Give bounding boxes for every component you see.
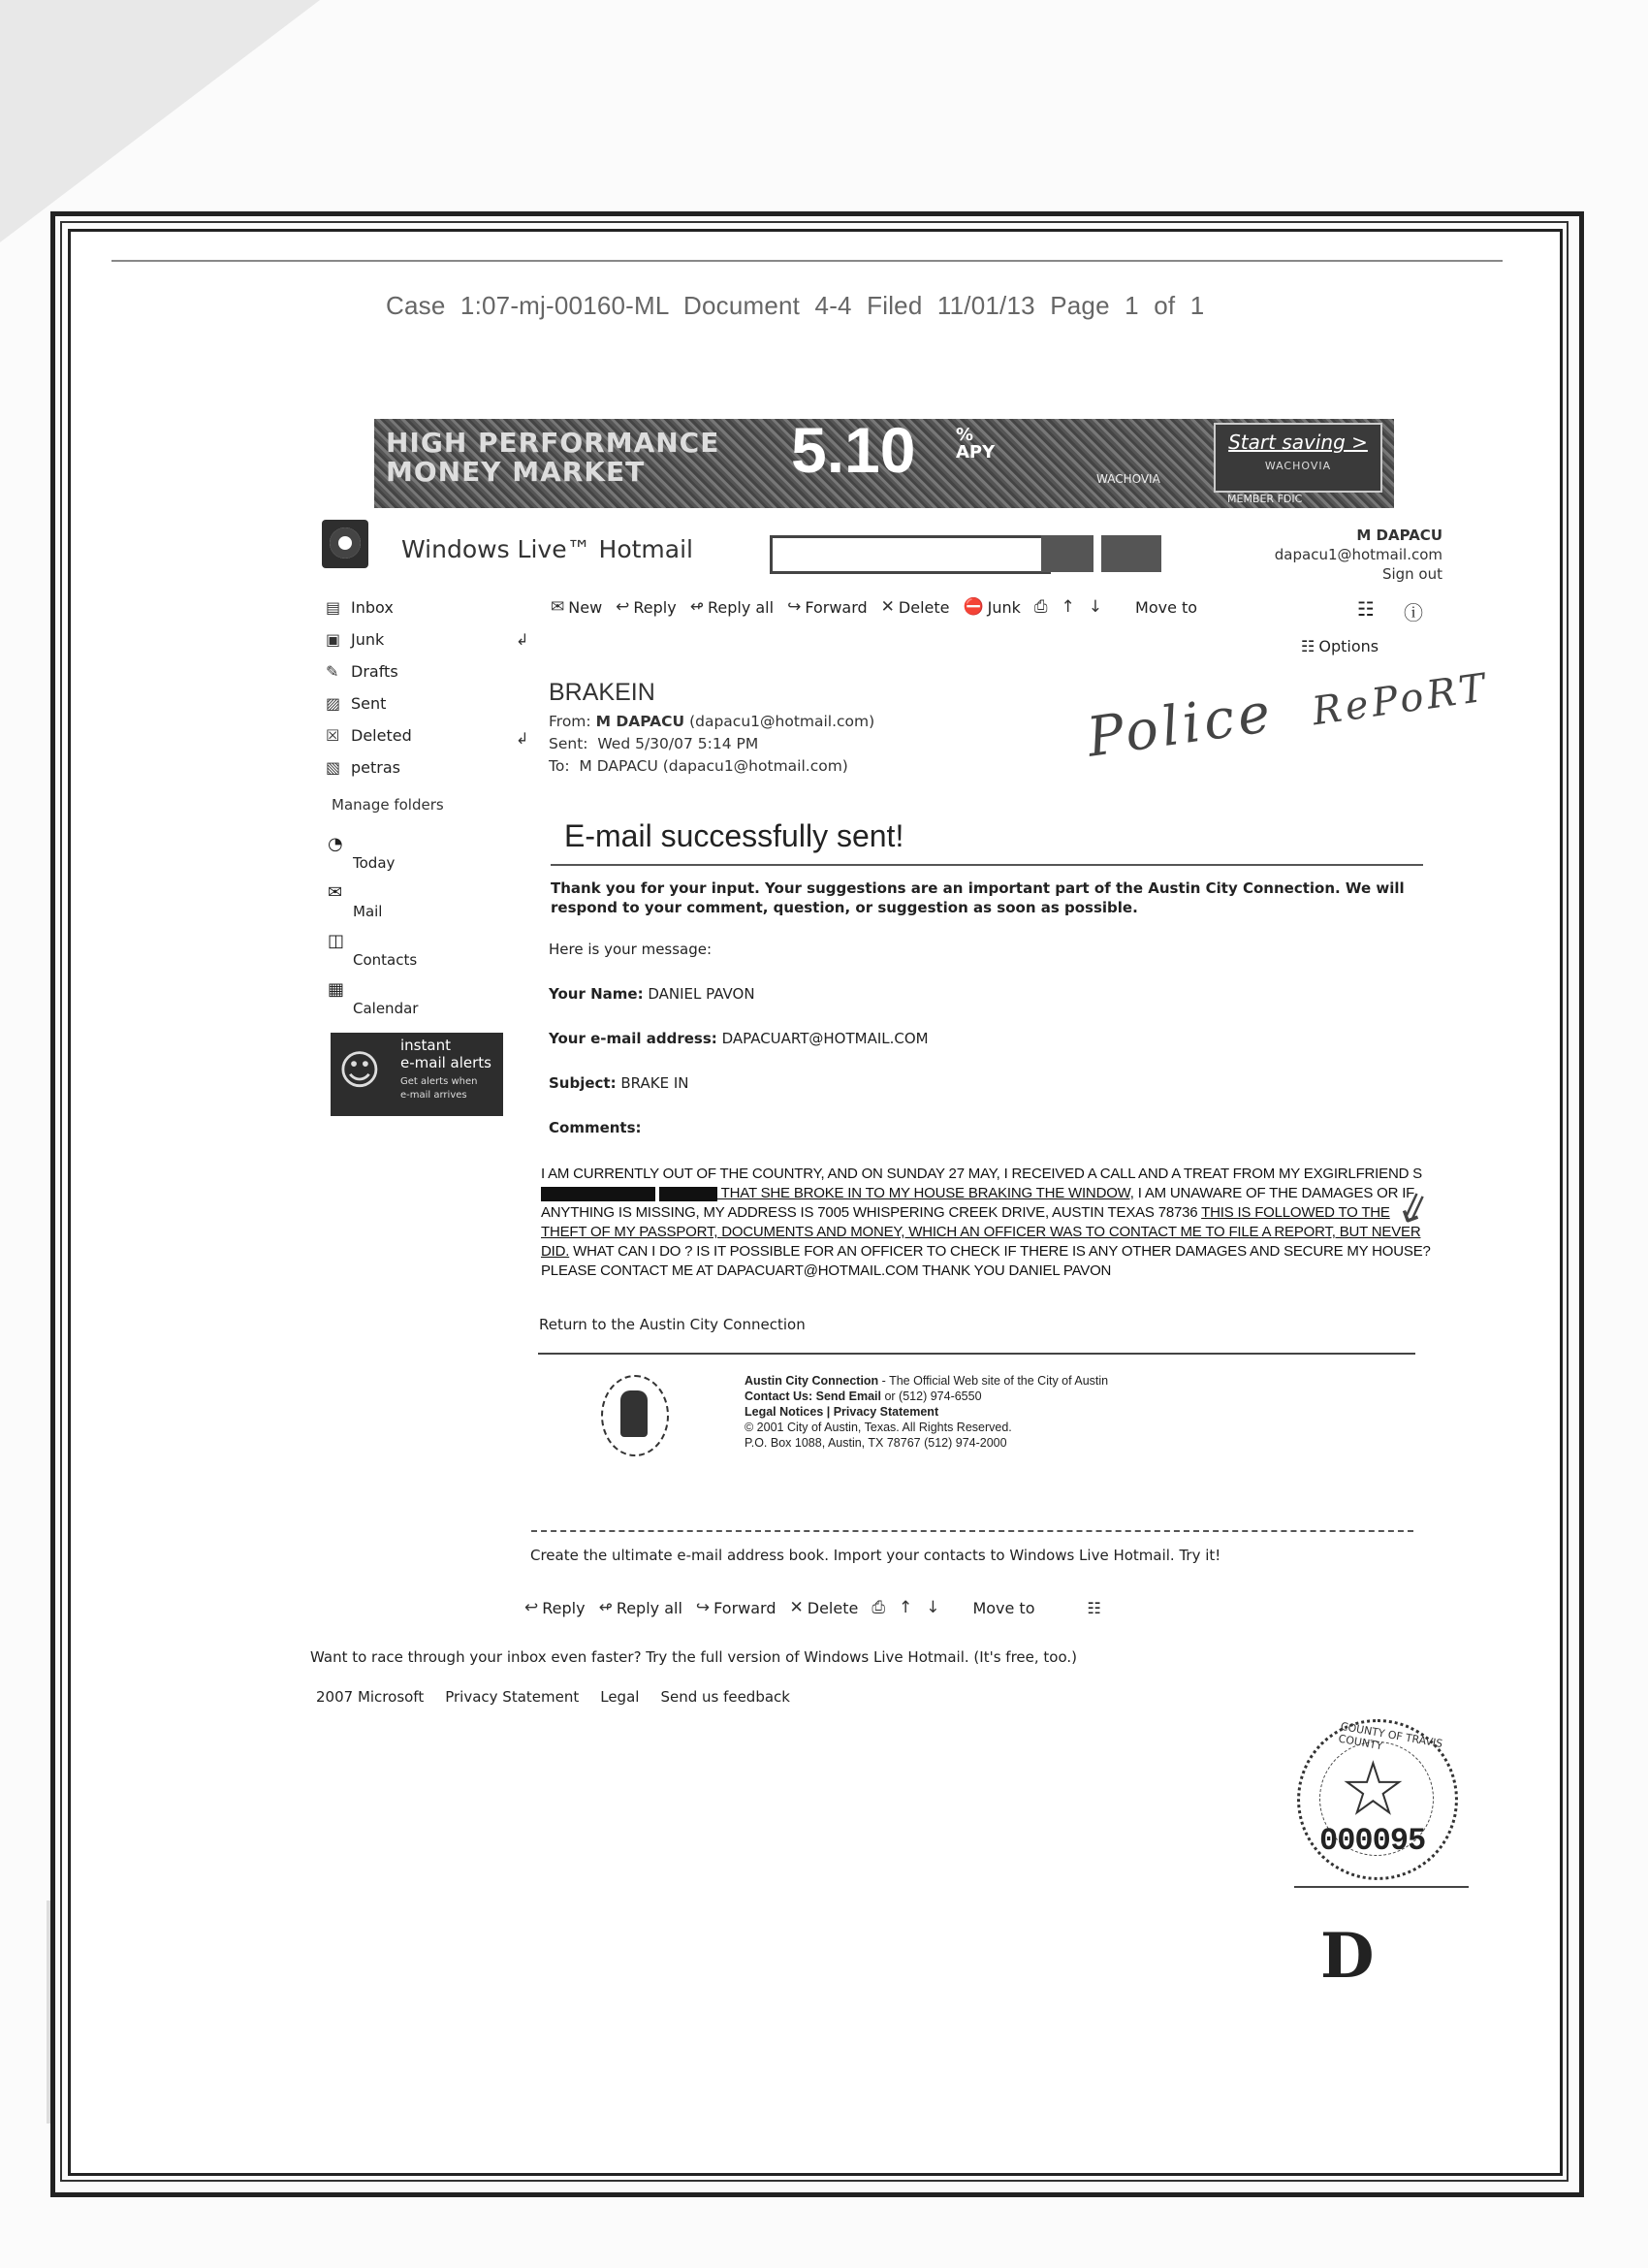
junk-button[interactable]: ⛔Junk <box>963 597 1020 617</box>
comments-text: I AM CURRENTLY OUT OF THE COUNTRY, AND O… <box>541 1165 1433 1281</box>
drafts-icon: ✎ <box>326 662 345 681</box>
privacy-statement-link[interactable]: Privacy Statement <box>445 1688 579 1706</box>
confirmation-text: Thank you for your input. Your suggestio… <box>551 878 1423 917</box>
redaction-bar <box>659 1187 717 1201</box>
city-footer: Austin City Connection - The Official We… <box>745 1373 1108 1451</box>
user-info: M DAPACU dapacu1@hotmail.com Sign out <box>1275 526 1442 584</box>
ad-cta-label: Start saving > <box>1216 431 1380 454</box>
previous-message-button-bottom[interactable]: ↑ <box>899 1598 912 1617</box>
sidebar-item-deleted[interactable]: ☒Deleted <box>326 719 520 751</box>
forward-button-bottom[interactable]: ↪Forward <box>696 1598 776 1617</box>
junk-empty-icon[interactable]: ↲ <box>516 630 528 649</box>
options-icon: ☷ <box>1301 637 1315 655</box>
ad-cta-brand: WACHOVIA <box>1216 460 1380 472</box>
message-toolbar: ✉New ↩Reply ↫Reply all ↪Forward ✕Delete … <box>551 597 1197 617</box>
here-is-label: Here is your message: <box>549 941 712 958</box>
reply-button[interactable]: ↩Reply <box>616 597 677 617</box>
reply-icon: ↩ <box>616 597 629 617</box>
options-link[interactable]: ☷Options <box>1301 637 1379 655</box>
stamp-rule <box>1294 1886 1469 1888</box>
next-message-button[interactable]: ↓ <box>1089 597 1102 617</box>
bottom-toolbar: ↩Reply ↫Reply all ↪Forward ✕Delete ⎙ ↑ ↓… <box>524 1598 1101 1617</box>
print-icon: ⎙ <box>1034 597 1048 617</box>
delete-button[interactable]: ✕Delete <box>881 597 950 617</box>
delete-button-bottom[interactable]: ✕Delete <box>790 1598 859 1617</box>
search-web-button[interactable] <box>1101 535 1161 572</box>
nav-calendar[interactable]: ▦Calendar <box>330 979 418 1017</box>
message-from: From: M DAPACU (dapacu1@hotmail.com) <box>549 711 874 733</box>
promo-rule <box>531 1530 1413 1533</box>
contacts-icon: ◫ <box>328 931 417 951</box>
message-subject: BRAKEIN <box>549 679 655 707</box>
your-name-field: Your Name: DANIEL PAVON <box>549 985 755 1003</box>
county-stamp: COUNTY OF TRAVIS COUNTY ★ 000095 <box>1297 1719 1458 1880</box>
sidebar-item-junk[interactable]: ▣Junk <box>326 623 520 655</box>
view-options-icon[interactable]: ☷ <box>1088 1599 1101 1617</box>
new-button[interactable]: ✉New <box>551 597 602 617</box>
previous-message-button[interactable]: ↑ <box>1062 597 1075 617</box>
print-button-bottom[interactable]: ⎙ <box>872 1598 885 1617</box>
deleted-icon: ☒ <box>326 726 345 745</box>
sent-icon: ▨ <box>326 694 345 713</box>
ad-banner[interactable]: HIGH PERFORMANCE MONEY MARKET 5.10 % APY… <box>374 419 1394 508</box>
footer-links: 2007 Microsoft Privacy Statement Legal S… <box>316 1688 790 1706</box>
reply-button-bottom[interactable]: ↩Reply <box>524 1598 586 1617</box>
nav-contacts[interactable]: ◫Contacts <box>330 931 417 969</box>
nav-today[interactable]: ◔Today <box>330 834 395 872</box>
import-contacts-promo[interactable]: Create the ultimate e-mail address book.… <box>530 1547 1220 1564</box>
move-to-dropdown-bottom[interactable]: Move to <box>972 1599 1034 1617</box>
user-email: dapacu1@hotmail.com <box>1275 545 1442 564</box>
delete-icon: ✕ <box>881 597 895 617</box>
move-to-dropdown[interactable]: Move to <box>1135 598 1197 617</box>
sidebar-item-drafts[interactable]: ✎Drafts <box>326 655 520 687</box>
reply-all-icon: ↫ <box>599 1598 613 1617</box>
down-arrow-icon: ↓ <box>1089 597 1102 617</box>
reply-icon: ↩ <box>524 1598 538 1617</box>
header-rule <box>111 260 1503 262</box>
message-sent: Sent: Wed 5/30/07 5:14 PM <box>549 733 874 755</box>
copyright: 2007 Microsoft <box>316 1688 424 1706</box>
ad-start-saving-button[interactable]: Start saving > WACHOVIA <box>1214 423 1382 493</box>
case-header: Case 1:07-mj-00160-ML Document 4-4 Filed… <box>386 291 1204 321</box>
up-arrow-icon: ↑ <box>899 1598 912 1617</box>
junk-folder-icon: ▣ <box>326 630 345 649</box>
forward-button[interactable]: ↪Forward <box>787 597 868 617</box>
deleted-empty-icon[interactable]: ↲ <box>516 729 528 748</box>
view-options-icon[interactable]: ☷ <box>1357 597 1375 625</box>
ad-brand: WACHOVIA <box>1096 472 1160 486</box>
alert-person-icon: ☺ <box>338 1046 381 1094</box>
bates-number: 000095 <box>1319 1823 1425 1859</box>
folder-icon: ▧ <box>326 758 345 777</box>
full-version-promo[interactable]: Want to race through your inbox even fas… <box>310 1648 1077 1666</box>
folder-list: ▤Inbox ▣Junk ✎Drafts ▨Sent ☒Deleted ▧pet… <box>326 591 520 783</box>
return-link[interactable]: Return to the Austin City Connection <box>539 1316 806 1333</box>
city-seal-icon <box>601 1375 669 1456</box>
ad-rate: 5.10 <box>791 413 915 487</box>
message-meta: From: M DAPACU (dapacu1@hotmail.com) Sen… <box>549 711 874 778</box>
manage-folders-link[interactable]: Manage folders <box>332 796 444 814</box>
sign-out-link[interactable]: Sign out <box>1275 564 1442 584</box>
inbox-icon: ▤ <box>326 598 345 617</box>
forward-icon: ↪ <box>787 597 801 617</box>
subject-field: Subject: BRAKE IN <box>549 1074 688 1092</box>
delete-icon: ✕ <box>790 1598 804 1617</box>
success-heading: E-mail successfully sent! <box>564 818 903 854</box>
next-message-button-bottom[interactable]: ↓ <box>926 1598 939 1617</box>
reply-all-button[interactable]: ↫Reply all <box>690 597 774 617</box>
search-button[interactable] <box>1041 535 1093 572</box>
sidebar-item-sent[interactable]: ▨Sent <box>326 687 520 719</box>
heading-rule <box>551 864 1423 866</box>
legal-link[interactable]: Legal <box>600 1688 639 1706</box>
sidebar-item-inbox[interactable]: ▤Inbox <box>326 591 520 623</box>
instant-alerts-ad[interactable]: ☺ instant e-mail alerts Get alerts whene… <box>331 1033 503 1116</box>
help-icon[interactable]: ⓘ <box>1404 597 1423 625</box>
clock-icon: ◔ <box>328 834 395 854</box>
mail-icon: ✉ <box>328 882 382 903</box>
city-footer-rule <box>538 1353 1415 1355</box>
page-corner-fold <box>0 0 320 242</box>
sidebar-item-petras[interactable]: ▧petras <box>326 751 520 783</box>
message-to: To: M DAPACU (dapacu1@hotmail.com) <box>549 755 874 778</box>
ad-footer: MEMBER FDIC <box>1227 493 1302 505</box>
send-feedback-link[interactable]: Send us feedback <box>660 1688 790 1706</box>
reply-all-button-bottom[interactable]: ↫Reply all <box>599 1598 682 1617</box>
new-icon: ✉ <box>551 597 564 617</box>
app-title: Windows Live™ Hotmail <box>401 535 693 563</box>
junk-icon: ⛔ <box>963 597 983 617</box>
reply-all-icon: ↫ <box>690 597 704 617</box>
exhibit-letter: D <box>1320 1920 1375 1993</box>
ad-headline: HIGH PERFORMANCE MONEY MARKET <box>386 429 719 487</box>
star-icon: ★ <box>1343 1755 1404 1823</box>
calendar-icon: ▦ <box>328 979 418 1000</box>
ad-apy: % APY <box>956 427 995 462</box>
windows-live-logo-icon[interactable] <box>322 520 368 568</box>
redaction-bar <box>541 1187 655 1201</box>
user-name: M DAPACU <box>1275 526 1442 545</box>
your-email-field: Your e-mail address: DAPACUART@HOTMAIL.C… <box>549 1030 929 1047</box>
print-button[interactable]: ⎙ <box>1034 597 1048 617</box>
search-input[interactable] <box>770 535 1051 574</box>
nav-mail[interactable]: ✉Mail <box>330 882 382 920</box>
forward-icon: ↪ <box>696 1598 710 1617</box>
print-icon: ⎙ <box>872 1598 885 1617</box>
down-arrow-icon: ↓ <box>926 1598 939 1617</box>
toolbar-right: ☷ ⓘ <box>1357 597 1423 625</box>
up-arrow-icon: ↑ <box>1062 597 1075 617</box>
comments-label: Comments: <box>549 1119 642 1136</box>
